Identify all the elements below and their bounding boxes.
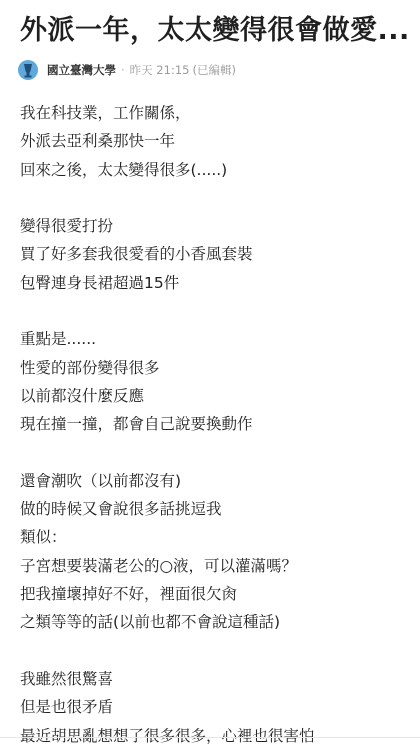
content-line: 我在科技業，工作關係，	[20, 99, 410, 127]
author-school[interactable]: 國立臺灣大學	[47, 62, 116, 78]
content-line: 類似：	[20, 523, 410, 551]
content-line: 以前都沒什麼反應	[20, 382, 410, 410]
content-line: 做的時候又會說很多話挑逗我	[20, 495, 410, 523]
bottom-divider	[0, 737, 420, 738]
content-line: 最近胡思亂想想了很多很多，心裡也很害怕	[20, 722, 410, 744]
user-avatar-icon[interactable]	[18, 60, 38, 80]
content-line: 我雖然很驚喜	[20, 665, 410, 693]
post-meta: 國立臺灣大學 · 昨天 21:15 (已編輯)	[18, 60, 236, 80]
content-line: 子宮想要裝滿老公的○液，可以灌滿嗎？	[20, 552, 410, 580]
content-line: 重點是......	[20, 325, 410, 353]
paragraph-gap	[20, 637, 410, 665]
edited-label: (已編輯)	[192, 62, 235, 78]
content-line: 變得很愛打扮	[20, 212, 410, 240]
content-line: 把我撞壞掉好不好，裡面很欠肏	[20, 580, 410, 608]
content-line: 性愛的部份變得很多	[20, 354, 410, 382]
content-line: 但是也很矛盾	[20, 693, 410, 721]
meta-separator: ·	[121, 63, 125, 77]
content-line: 回來之後，太太變得很多(.....)	[20, 156, 410, 184]
paragraph-gap	[20, 297, 410, 325]
post-title: 外派一年，太太變得很會做愛...	[20, 12, 410, 50]
content-line: 外派去亞利桑那快一年	[20, 127, 410, 155]
content-line: 還會潮吹（以前都沒有)	[20, 467, 410, 495]
paragraph-gap	[20, 184, 410, 212]
post-time: 昨天 21:15	[130, 62, 190, 78]
post-content: 我在科技業，工作關係， 外派去亞利桑那快一年 回來之後，太太變得很多(.....…	[20, 99, 410, 744]
content-line: 現在撞一撞，都會自己說要換動作	[20, 410, 410, 438]
paragraph-gap	[20, 439, 410, 467]
content-line: 包臀連身長裙超過15件	[20, 269, 410, 297]
content-line: 之類等等的話(以前也都不會說這種話)	[20, 608, 410, 636]
content-line: 買了好多套我很愛看的小香風套裝	[20, 240, 410, 268]
